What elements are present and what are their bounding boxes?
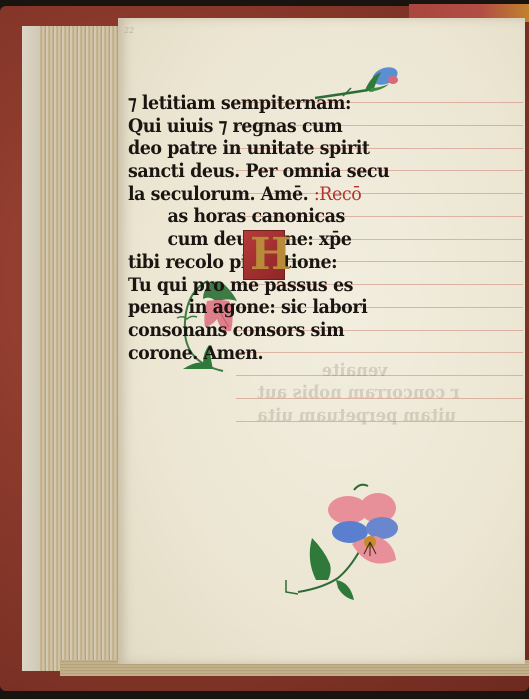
show-through-text: r concorram nobis aut [257,382,459,403]
text-line: consonans consors sim [128,319,395,342]
text-line: sancti deus. Per omnia secu [128,160,395,183]
text-line: la seculorum. Amē. :Recō [128,183,395,206]
text-line: ⁊ letitiam sempiternam: [128,92,395,115]
rubric: :Recō [314,183,361,205]
show-through-text: uitam perpetuam uita [257,405,456,426]
text-line: deo patre in unitate spirit [128,137,395,160]
page-edges [22,26,132,671]
text-segment: la seculorum. Amē. [128,183,308,205]
initial-letter: H [250,229,292,280]
text-line: penas in agone: sic labori [128,296,395,319]
text-line: Qui uiuis ⁊ regnas cum [128,115,395,138]
illuminated-initial: H [243,230,285,280]
text-line: as horas canonicas [128,205,395,228]
pansy-icon [278,480,408,610]
text-line: corone. Amen. [128,342,395,365]
folio-number: 22 [124,26,134,35]
